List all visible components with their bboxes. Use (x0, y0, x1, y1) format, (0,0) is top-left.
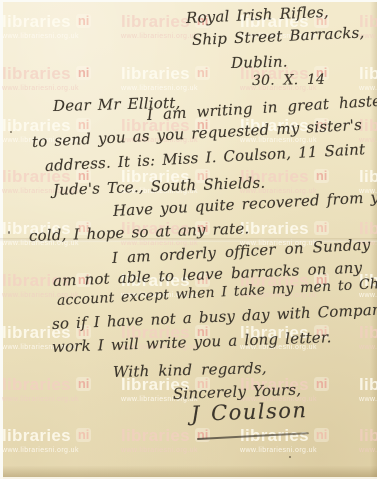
watermark-url-text: www.librariesni.org.uk (359, 292, 377, 299)
watermark-brand-text: libraries (121, 426, 190, 445)
watermark-url-text: www.librariesni.org.uk (2, 33, 121, 40)
watermark-brand-text: libraries (121, 12, 190, 31)
watermark-ni-logo: ni (195, 428, 211, 442)
watermark-url-text: www.librariesni.org.uk (359, 447, 377, 454)
watermark-tile: librariesniwww.librariesni.org.uk (359, 324, 377, 374)
watermark-url-text: www.librariesni.org.uk (2, 85, 121, 92)
watermark-ni-logo: ni (195, 66, 211, 80)
paper-speck (8, 231, 10, 234)
letter-heading-line: Dublin. (231, 53, 288, 72)
watermark-tile: librariesniwww.librariesni.org.uk (121, 427, 240, 477)
watermark-brand-text: libraries (2, 426, 71, 445)
letter-signature: J Coulson (191, 398, 308, 426)
watermark-url-text: www.librariesni.org.uk (121, 85, 240, 92)
watermark-ni-logo: ni (76, 66, 92, 80)
watermark-tile: librariesniwww.librariesni.org.uk (359, 376, 377, 426)
paper-speck (289, 456, 291, 458)
watermark-ni-logo: ni (76, 14, 92, 28)
watermark-ni-logo: ni (314, 221, 330, 235)
watermark-ni-logo: ni (76, 428, 92, 442)
watermark-url-text: www.librariesni.org.uk (359, 85, 377, 92)
watermark-brand-text: libraries (240, 219, 309, 238)
paper-speck (10, 131, 12, 133)
watermark-tile: librariesniwww.librariesni.org.uk (359, 427, 377, 477)
watermark-brand-text: libraries (359, 375, 377, 394)
watermark-url-text: www.librariesni.org.uk (359, 396, 377, 403)
watermark-brand-text: libraries (2, 375, 71, 394)
watermark-brand-text: libraries (359, 426, 377, 445)
watermark-url-text: www.librariesni.org.uk (359, 344, 377, 351)
watermark-brand-text: libraries (2, 64, 71, 83)
watermark-ni-logo: ni (76, 377, 92, 391)
watermark-url-text: www.librariesni.org.uk (240, 447, 359, 454)
watermark-brand-text: libraries (359, 323, 377, 342)
watermark-tile: librariesniwww.librariesni.org.uk (2, 376, 121, 426)
watermark-ni-logo: ni (314, 169, 330, 183)
watermark-url-text: www.librariesni.org.uk (2, 396, 121, 403)
watermark-tile: librariesniwww.librariesni.org.uk (2, 13, 121, 63)
watermark-url-text: www.librariesni.org.uk (121, 447, 240, 454)
watermark-brand-text: libraries (359, 167, 377, 186)
letter-date: 30. X. 14 (252, 72, 325, 89)
watermark-ni-logo: ni (314, 428, 330, 442)
watermark-tile: librariesniwww.librariesni.org.uk (2, 427, 121, 477)
scanned-letter-page: librariesniwww.librariesni.org.uklibrari… (0, 0, 377, 479)
watermark-brand-text: libraries (359, 64, 377, 83)
watermark-ni-logo: ni (314, 377, 330, 391)
watermark-url-text: www.librariesni.org.uk (2, 447, 121, 454)
watermark-brand-text: libraries (121, 64, 190, 83)
watermark-brand-text: libraries (2, 12, 71, 31)
